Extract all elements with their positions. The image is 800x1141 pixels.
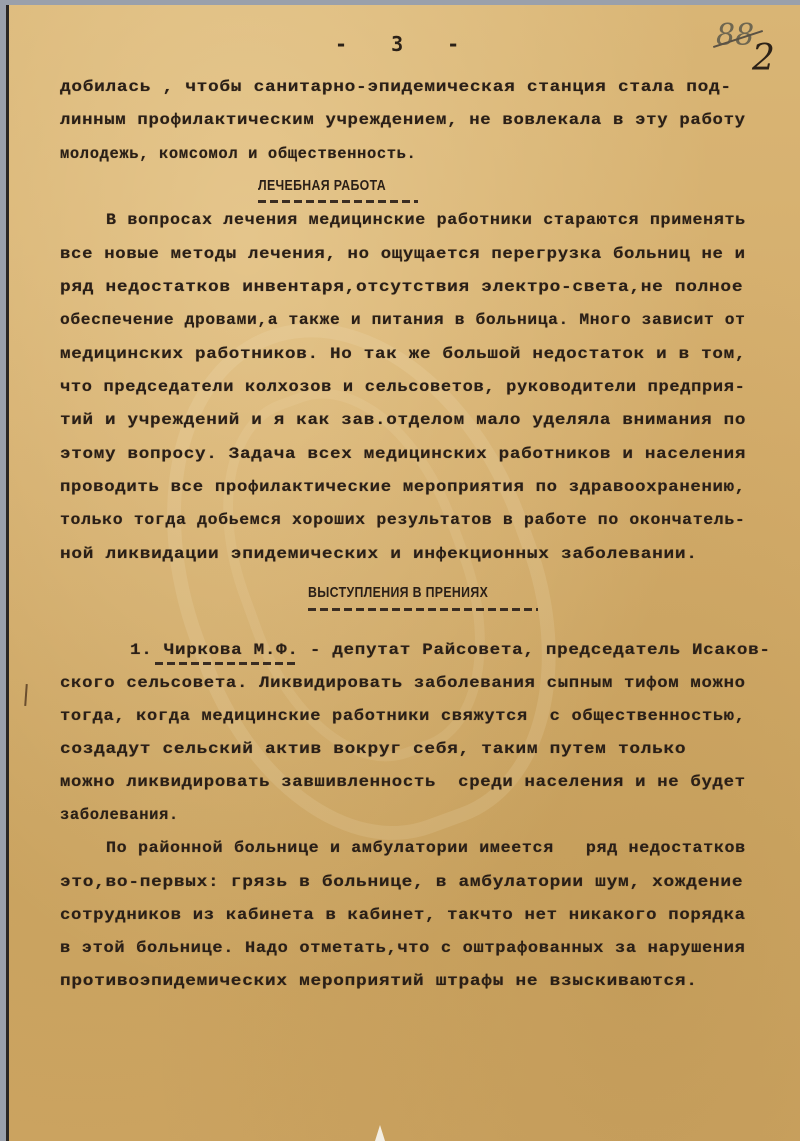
speaker-description: - депутат Райсовета, председатель Исаков…: [299, 641, 771, 659]
scanned-page: - 3 - 88 2 добилась , чтобы санитарно-эп…: [0, 0, 800, 1141]
text-line: тий и учреждений и я как зав.отделом мал…: [60, 411, 746, 429]
text-line: это,во-первых: грязь в больнице, в амбул…: [60, 873, 743, 891]
text-line: ряд недостатков инвентаря,отсутствия эле…: [60, 278, 743, 296]
handwritten-folio-number: 88 2: [712, 14, 792, 84]
text-line: По районной больнице и амбулатории имеет…: [106, 839, 746, 857]
folio-new-number: 2: [752, 38, 775, 79]
text-line: создадут сельский актив вокруг себя, так…: [60, 740, 686, 758]
text-line: добилась , чтобы санитарно-эпидемическая…: [60, 78, 732, 96]
text-line: тогда, когда медицинские работники свяжу…: [60, 707, 746, 725]
text-line: что председатели колхозов и сельсоветов,…: [60, 378, 746, 396]
text-line: заболевания.: [60, 806, 179, 824]
speaker-number: 1.: [130, 641, 152, 659]
text-line: противоэпидемических мероприятий штрафы …: [60, 972, 698, 990]
text-line: молодежь, комсомол и общественность.: [60, 145, 416, 163]
paper-sheet: [6, 5, 800, 1141]
text-line: можно ликвидировать завшивленность среди…: [60, 773, 746, 791]
text-line: только тогда добьемся хороших результато…: [60, 511, 745, 529]
section-heading-treatment: ЛЕЧЕБНАЯ РАБОТА: [258, 178, 386, 194]
text-line: линным профилактическим учреждением, не …: [60, 111, 746, 129]
page-number: - 3 -: [335, 32, 475, 56]
text-line: все новые методы лечения, но ощущается п…: [60, 245, 746, 263]
text-line: в этой больнице. Надо отметать,что с ошт…: [60, 939, 746, 957]
speaker-name: Чиркова М.Ф.: [164, 641, 299, 659]
heading-underline: [308, 608, 538, 611]
text-line: В вопросах лечения медицинские работники…: [106, 211, 746, 229]
text-line: этому вопросу. Задача всех медицинских р…: [60, 445, 746, 463]
section-heading-debates: ВЫСТУПЛЕНИЯ В ПРЕНИЯХ: [308, 585, 488, 601]
text-line: ского сельсовета. Ликвидировать заболева…: [60, 674, 746, 692]
text-line: проводить все профилактические мероприят…: [60, 478, 746, 496]
text-line: ной ликвидации эпидемических и инфекцион…: [60, 545, 698, 563]
text-line: сотрудников из кабинета в кабинет, такчт…: [60, 906, 746, 924]
heading-underline: [258, 200, 418, 203]
text-line: обеспечение дровами,а также и питания в …: [60, 311, 746, 329]
speaker-name-underline: [155, 662, 295, 665]
text-line: медицинских работников. Но так же большо…: [60, 345, 746, 363]
speaker-line: 1. Чиркова М.Ф. - депутат Райсовета, пре…: [130, 641, 771, 659]
